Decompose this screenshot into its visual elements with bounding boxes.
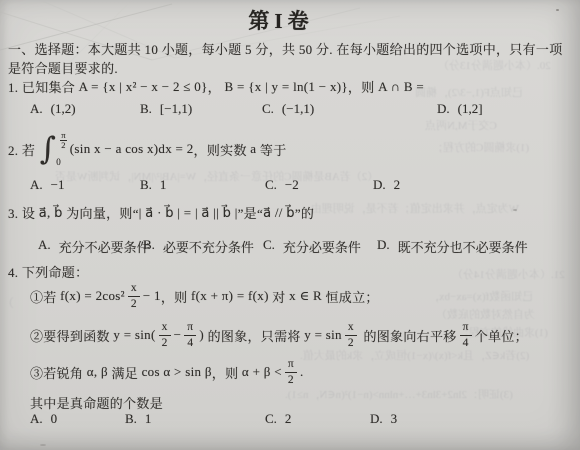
bleedthrough-fragment: （ <box>2 294 14 311</box>
question-2-option-b: B.1 <box>140 177 166 193</box>
math-expression: α + β < <box>242 364 282 380</box>
fraction-numerator: π <box>285 358 297 372</box>
question-2-option-a: A.−1 <box>30 177 64 193</box>
text-run: 对 <box>269 287 289 306</box>
math-expression: − 1 <box>143 288 161 304</box>
question-1-option-c: C.(−1,1) <box>262 101 314 117</box>
question-4-tail: 其中是真命题的个数是 <box>30 393 163 412</box>
question-3-option-d: D.既不充分也不必要条件 <box>377 237 528 256</box>
question-1-options: A.(1,2) B.[−1,1) C.(−1,1) D.(1,2] <box>0 101 580 119</box>
question-4-proposition-1: ①若 f(x) = 2cos²x2− 1，则 f(x + π) = f(x) 对… <box>30 279 379 313</box>
fraction-numerator: x <box>159 321 171 335</box>
question-4-proposition-2: ②要得到函数 y = sin(x2−π4) 的图象，只需将 y = sinx2 … <box>30 316 528 354</box>
math-expression: (sin x − a cos x)dx = 2 <box>70 141 194 157</box>
section-instructions-line1: 一、选择题：本大题共 10 小题，每小题 5 分，共 50 分. 在每小题给出的… <box>8 39 563 58</box>
question-3-option-b: B.必要不充分条件 <box>143 237 254 256</box>
text-run: ②要得到函数 <box>30 326 113 345</box>
text-run: 的图象，只需将 <box>204 326 304 345</box>
question-1-option-a: A.(1,2) <box>30 101 76 117</box>
question-4-options: A.0 B.1 C.2 D.3 <box>0 411 580 429</box>
math-expression: − <box>174 327 182 343</box>
math-expression: x ∈ R <box>289 288 322 304</box>
math-expression: cos α > sin β <box>142 364 212 380</box>
fraction-numerator: π <box>460 321 472 335</box>
text-run: 等于 <box>256 140 286 159</box>
question-3-option-c: C.充分必要条件 <box>263 237 361 256</box>
integral-symbol: ∫ <box>40 134 56 165</box>
fraction: π2 <box>285 358 297 385</box>
text-run: 的图象向右平移 <box>360 326 457 345</box>
text-run: ”的 <box>295 203 314 222</box>
text-run: ①若 <box>30 287 60 306</box>
integral: ∫π20 <box>40 131 67 167</box>
bleedthrough-fragment: 已知点F(1,−3/2)，椭圆 <box>415 84 523 100</box>
bleedthrough-fragment: 20.（本小题满分13分） <box>438 57 551 73</box>
question-2-option-c: C.−2 <box>265 177 299 193</box>
question-1-option-d: D.(1,2] <box>437 101 483 117</box>
fraction-numerator: π <box>184 321 196 335</box>
fraction-denominator: 2 <box>348 336 354 349</box>
text-run: 1. 已知集合 <box>8 77 79 96</box>
math-expression: y = sin( <box>113 327 155 343</box>
math-expression: B = {x | y = ln(1 − x)} <box>225 79 348 95</box>
question-2-stem: 2. 若 ∫π20(sin x − a cos x)dx = 2，则实数 a 等… <box>8 129 287 169</box>
fraction: x2 <box>159 321 171 348</box>
math-expression: y = sin <box>304 327 342 343</box>
text-run: ③若锐角 <box>30 363 87 382</box>
text-run: 恒成立； <box>322 287 379 306</box>
text-run: 为向量，则“ <box>63 203 139 222</box>
question-2-option-d: D.2 <box>373 177 400 193</box>
question-4-option-b: B.1 <box>125 411 151 427</box>
fraction: π4 <box>184 321 196 348</box>
fraction-denominator: 2 <box>162 336 168 349</box>
bleedthrough-fragment: 已知函数f(x)=ax−bx， <box>428 288 533 304</box>
math-expression: α, β <box>87 364 108 380</box>
integral-limits: π20 <box>57 131 67 167</box>
bleedthrough-fragment: 21.（本小题满分14分） <box>452 266 565 282</box>
fraction-numerator: x <box>345 321 357 335</box>
integral-lower-limit: 0 <box>56 158 67 167</box>
fraction-denominator: 4 <box>463 336 469 349</box>
question-4-proposition-3: ③若锐角 α, β 满足 cos α > sin β，则 α + β <π2. <box>30 355 304 389</box>
fraction-denominator: 2 <box>288 373 294 386</box>
text-run: ，则 <box>212 363 242 382</box>
fraction: x2 <box>345 321 357 348</box>
math-expression: f(x) = 2cos² <box>60 288 125 304</box>
question-4-option-d: D.3 <box>370 411 397 427</box>
question-4-option-a: A.0 <box>30 411 57 427</box>
math-expression: a⃗, b⃗ <box>39 205 63 221</box>
exam-page: 20.（本小题满分13分）已知点F(1,−3/2)，椭圆C交于M,N两点(1)求… <box>0 0 580 450</box>
fraction-denominator: 2 <box>61 141 66 150</box>
fraction-denominator: 2 <box>131 297 137 310</box>
text-run: ，则 <box>161 287 191 306</box>
text-run: 3. 设 <box>8 203 39 222</box>
page-title: 第I卷 <box>0 5 562 35</box>
question-3-option-a: A.充分不必要条件 <box>38 237 150 256</box>
text-run: 满足 <box>108 363 142 382</box>
bleedthrough-fragment: (1)求椭圆C的方程； <box>432 139 529 155</box>
text-run: ”是“ <box>238 203 263 222</box>
text-run: 个单位； <box>475 326 528 345</box>
math-expression: f(x + π) = f(x) <box>191 288 269 304</box>
fraction-numerator: x <box>128 282 140 296</box>
math-expression: A = {x | x² − x − 2 ≤ 0} <box>79 79 208 95</box>
math-expression: | a⃗ · b⃗ | = | a⃗ || b⃗ | <box>139 205 238 221</box>
question-3-stem: 3. 设 a⃗, b⃗ 为向量，则“| a⃗ · b⃗ | = | a⃗ || … <box>8 203 314 222</box>
text-run: ， <box>208 77 225 96</box>
bleedthrough-fragment: (3)证明：2ln2+3ln3+…+nlnn>(n−1)²(n∈N，n≥1). <box>285 386 513 402</box>
scan-speck <box>513 209 517 211</box>
bleedthrough-fragment: W为定点，并求出定值；若不是，说明理由. <box>308 200 519 216</box>
bleedthrough-fragment: C交于M,N两点 <box>425 117 497 133</box>
integral-upper-limit: π2 <box>60 131 67 149</box>
scan-speck <box>40 444 46 446</box>
question-1-stem: 1. 已知集合 A = {x | x² − x − 2 ≤ 0}， B = {x… <box>8 77 424 96</box>
math-expression: A ∩ B = <box>378 79 424 95</box>
text-run: ，则实数 <box>194 140 251 159</box>
text-run: ，则 <box>348 77 378 96</box>
fraction: π4 <box>460 321 472 348</box>
question-1-option-b: B.[−1,1) <box>140 101 192 117</box>
scan-speck <box>556 9 559 11</box>
fraction-denominator: 4 <box>187 336 193 349</box>
fraction: x2 <box>128 282 140 309</box>
question-2-options: A.−1 B.1 C.−2 D.2 <box>0 177 580 195</box>
text-run: 2. 若 <box>8 140 39 159</box>
section-instructions-line2: 是符合题目要求的. <box>8 58 118 77</box>
question-3-options: A.充分不必要条件 B.必要不充分条件 C.充分必要条件 D.既不充分也不必要条… <box>0 237 580 255</box>
question-4-option-c: C.2 <box>265 411 291 427</box>
math-expression: a⃗ // b⃗ <box>263 205 295 221</box>
text-run: . <box>300 364 304 380</box>
